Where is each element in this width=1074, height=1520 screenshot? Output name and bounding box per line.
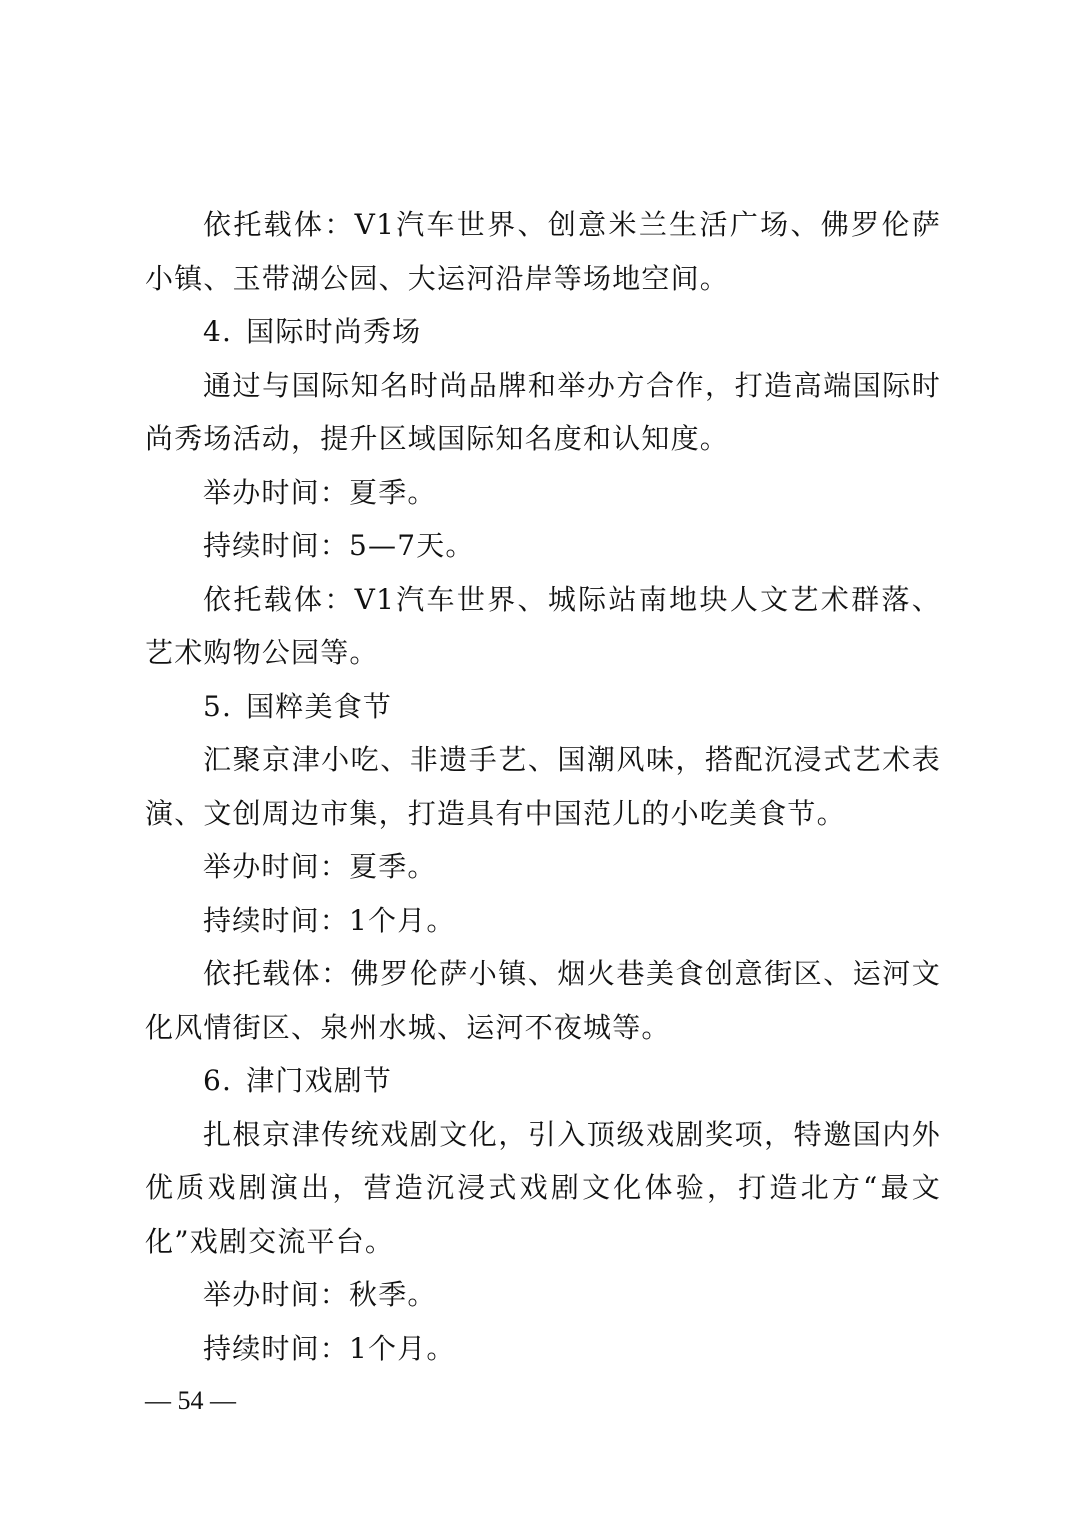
paragraph-duration-5: 持续时间：1个月。: [145, 894, 941, 948]
paragraph-venues-5: 依托载体：佛罗伦萨小镇、烟火巷美食创意街区、运河文化风情街区、泉州水城、运河不夜…: [145, 947, 941, 1054]
paragraph-duration-4: 持续时间：5—7天。: [145, 519, 941, 573]
paragraph-description-6: 扎根京津传统戏剧文化，引入顶级戏剧奖项，特邀国内外优质戏剧演出，营造沉浸式戏剧文…: [145, 1108, 941, 1269]
section-heading-4: 4.国际时尚秀场: [145, 305, 941, 359]
page-number: — 54 —: [145, 1384, 236, 1418]
paragraph-description-4: 通过与国际知名时尚品牌和举办方合作，打造高端国际时尚秀场活动，提升区域国际知名度…: [145, 359, 941, 466]
paragraph-hold-time-4: 举办时间：夏季。: [145, 466, 941, 520]
section-heading-6: 6.津门戏剧节: [145, 1054, 941, 1108]
section-title: 国粹美食节: [246, 690, 392, 723]
paragraph-venues-3: 依托载体：V1汽车世界、创意米兰生活广场、佛罗伦萨小镇、玉带湖公园、大运河沿岸等…: [145, 198, 941, 305]
section-title: 津门戏剧节: [246, 1064, 392, 1097]
paragraph-hold-time-5: 举办时间：夏季。: [145, 840, 941, 894]
section-number: 4.: [203, 315, 232, 348]
paragraph-description-5: 汇聚京津小吃、非遗手艺、国潮风味，搭配沉浸式艺术表演、文创周边市集，打造具有中国…: [145, 733, 941, 840]
section-heading-5: 5.国粹美食节: [145, 680, 941, 734]
paragraph-venues-4: 依托载体：V1汽车世界、城际站南地块人文艺术群落、艺术购物公园等。: [145, 573, 941, 680]
paragraph-hold-time-6: 举办时间：秋季。: [145, 1268, 941, 1322]
section-number: 5.: [203, 690, 232, 723]
paragraph-duration-6: 持续时间：1个月。: [145, 1322, 941, 1376]
section-title: 国际时尚秀场: [246, 315, 421, 348]
document-body: 依托载体：V1汽车世界、创意米兰生活广场、佛罗伦萨小镇、玉带湖公园、大运河沿岸等…: [145, 198, 941, 1375]
section-number: 6.: [203, 1064, 232, 1097]
